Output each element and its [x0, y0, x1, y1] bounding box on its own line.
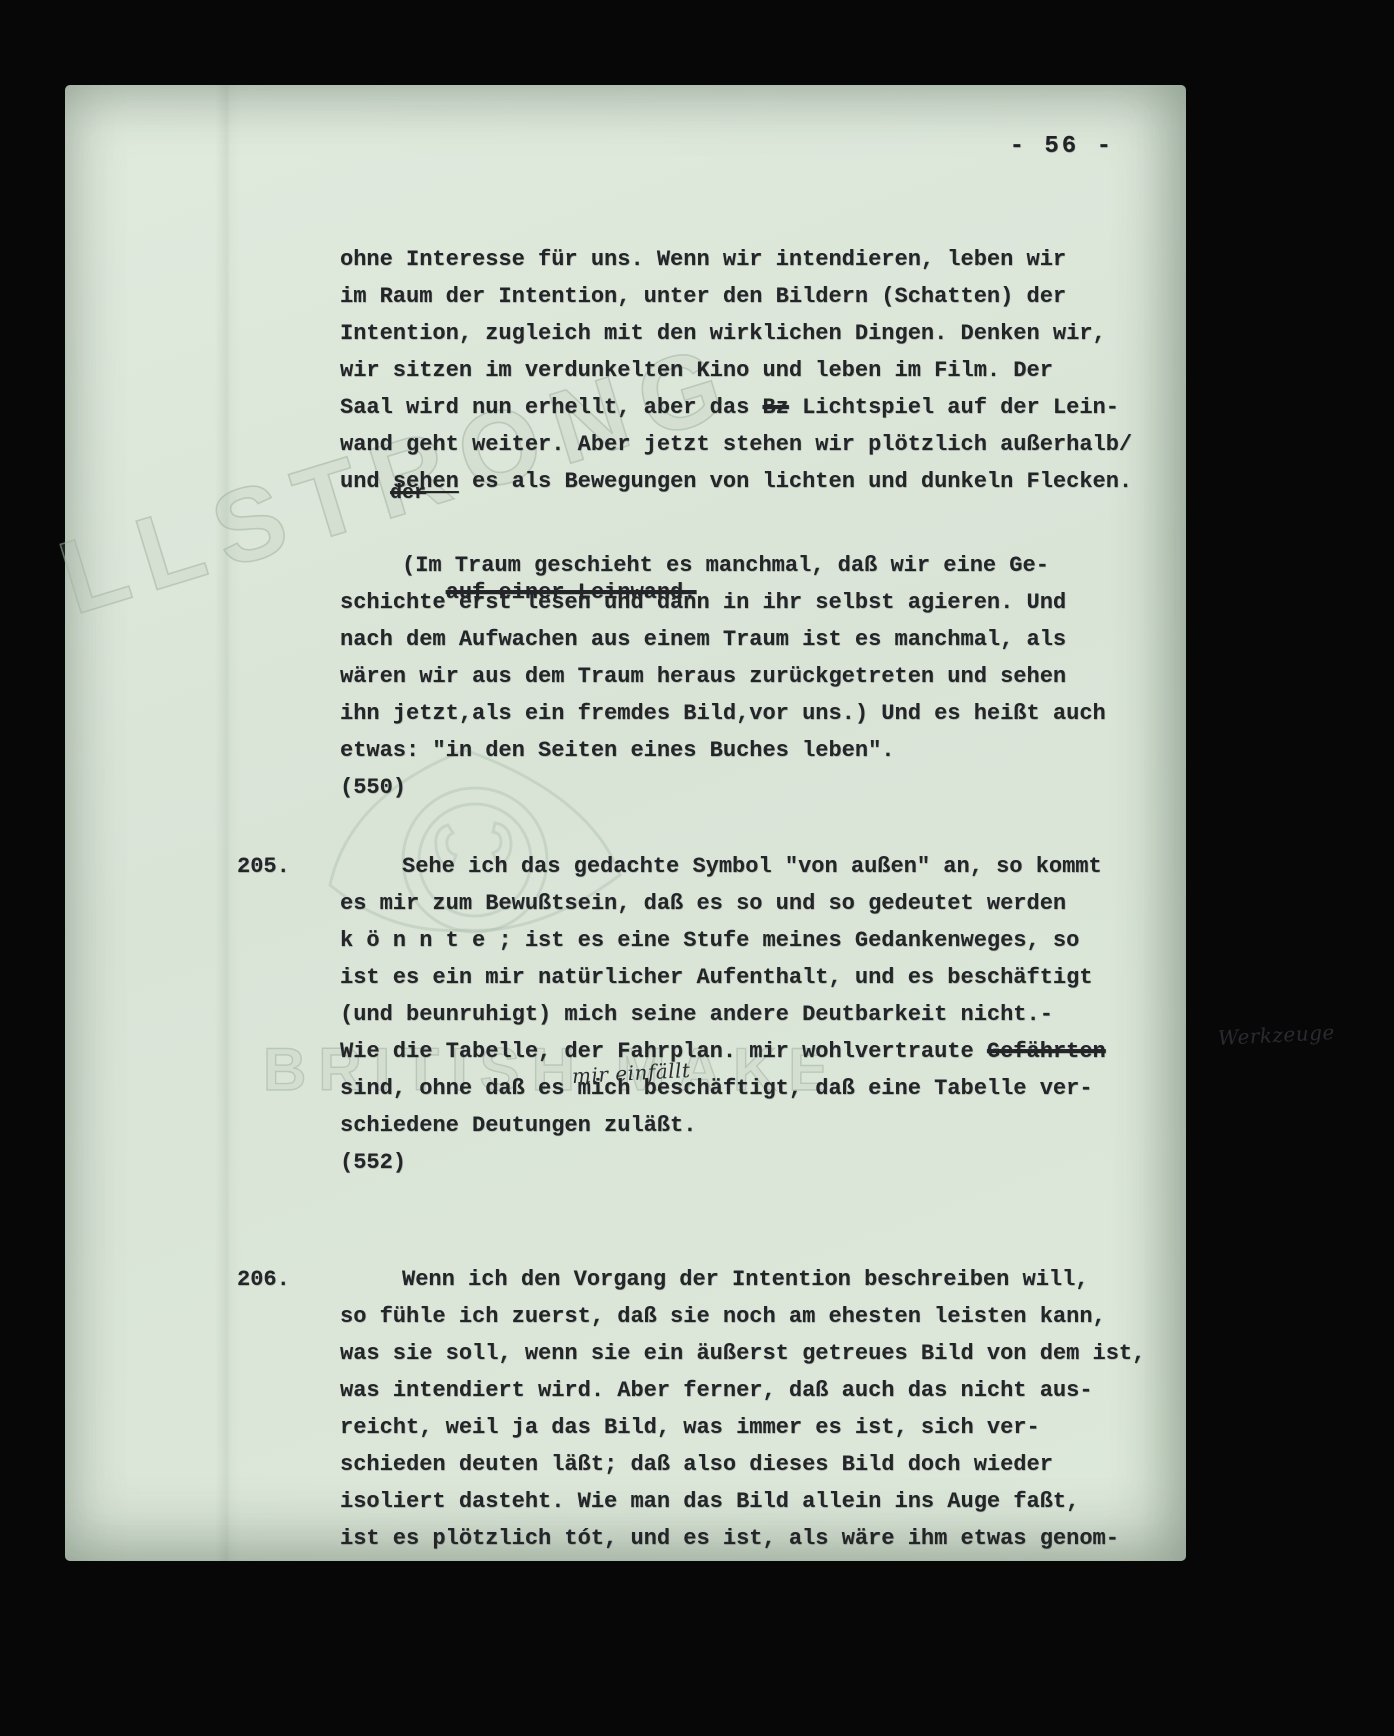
typed-line: sind, ohne daß es mich beschäftigtmir ei… [340, 1070, 1200, 1107]
typed-line: 205.Sehe ich das gedachte Symbol "von au… [340, 848, 1200, 885]
paragraph-number-206: 206. [237, 1261, 290, 1298]
typed-line: wären wir aus dem Traum heraus zurückget… [340, 658, 1200, 695]
typed-line: Wie die Tabelle, der Fahrplan. mir wohlv… [340, 1033, 1200, 1070]
handwritten-correction: mir einfällt [571, 1052, 691, 1095]
interlinear-deletion: der [390, 483, 426, 505]
typed-line: ist es plötzlich tót, und es ist, als wä… [340, 1520, 1200, 1557]
typed-line: (und beunruhigt) mich seine andere Deutb… [340, 996, 1200, 1033]
struck-word: Gefährten [987, 1039, 1106, 1064]
typed-line: was intendiert wird. Aber ferner, daß au… [340, 1372, 1200, 1409]
typed-line: es mir zum Bewußtsein, daß es so und so … [340, 885, 1200, 922]
typed-line: reicht, weil ja das Bild, was immer es i… [340, 1409, 1200, 1446]
typed-line: wand geht weiter. Aber jetzt stehen wir … [340, 426, 1200, 463]
typed-line: so fühle ich zuerst, daß sie noch am ehe… [340, 1298, 1200, 1335]
typed-line: schieden deuten läßt; daß also dieses Bi… [340, 1446, 1200, 1483]
typed-line: Intention, zugleich mit den wirklichen D… [340, 315, 1200, 352]
typed-line: wir sitzen im verdunkelten Kino und lebe… [340, 352, 1200, 389]
paragraph-206: 206.Wenn ich den Vorgang der Intention b… [340, 1261, 1200, 1557]
typed-line: 206.Wenn ich den Vorgang der Intention b… [340, 1261, 1200, 1298]
typed-line: nach dem Aufwachen aus einem Traum ist e… [340, 621, 1200, 658]
typed-line: k ö n n t e ; ist es eine Stufe meines G… [340, 922, 1200, 959]
handwritten-correction: Werkzeuge [1217, 1014, 1336, 1057]
source-reference: (552) [340, 1144, 1200, 1181]
typed-line: etwas: "in den Seiten eines Buches leben… [340, 732, 1200, 769]
deleted-line: der auf einer Leinwand. [340, 500, 1200, 537]
typed-line: ist es ein mir natürlicher Aufenthalt, u… [340, 959, 1200, 996]
typed-line: Saal wird nun erhellt, aber das Bz Licht… [340, 389, 1200, 426]
paragraph-continuation: ohne Interesse für uns. Wenn wir intendi… [340, 241, 1200, 537]
typed-line: was sie soll, wenn sie ein äußerst getre… [340, 1335, 1200, 1372]
source-reference: (550) [340, 769, 1200, 806]
paragraph-number-205: 205. [237, 848, 290, 885]
overtyped-deletion: Bz [762, 395, 788, 420]
page-number: - 56 - [1010, 133, 1114, 160]
typed-line: ihn jetzt,als ein fremdes Bild,vor uns.)… [340, 695, 1200, 732]
typed-line: ohne Interesse für uns. Wenn wir intendi… [340, 241, 1200, 278]
typed-line: schiedene Deutungen zuläßt. [340, 1107, 1200, 1144]
paragraph-550: (Im Traum geschieht es manchmal, daß wir… [340, 547, 1200, 806]
photo-background: { "page": { "number": "- 56 -", "colors"… [0, 0, 1394, 1736]
paper-crease [215, 85, 241, 1561]
typed-line: isoliert dasteht. Wie man das Bild allei… [340, 1483, 1200, 1520]
paragraph-205: 205.Sehe ich das gedachte Symbol "von au… [340, 848, 1200, 1181]
typed-line: im Raum der Intention, unter den Bildern… [340, 278, 1200, 315]
typed-line: (Im Traum geschieht es manchmal, daß wir… [340, 547, 1200, 584]
manuscript-page: LLSTRONG BRITISH MAKE - 56 - ohne Intere… [65, 85, 1186, 1561]
typed-line: und sehen es als Bewegungen von lichten … [340, 463, 1200, 500]
typed-line: schichte erst lesen und dann in ihr selb… [340, 584, 1200, 621]
body-text: ohne Interesse für uns. Wenn wir intendi… [340, 241, 1200, 1557]
